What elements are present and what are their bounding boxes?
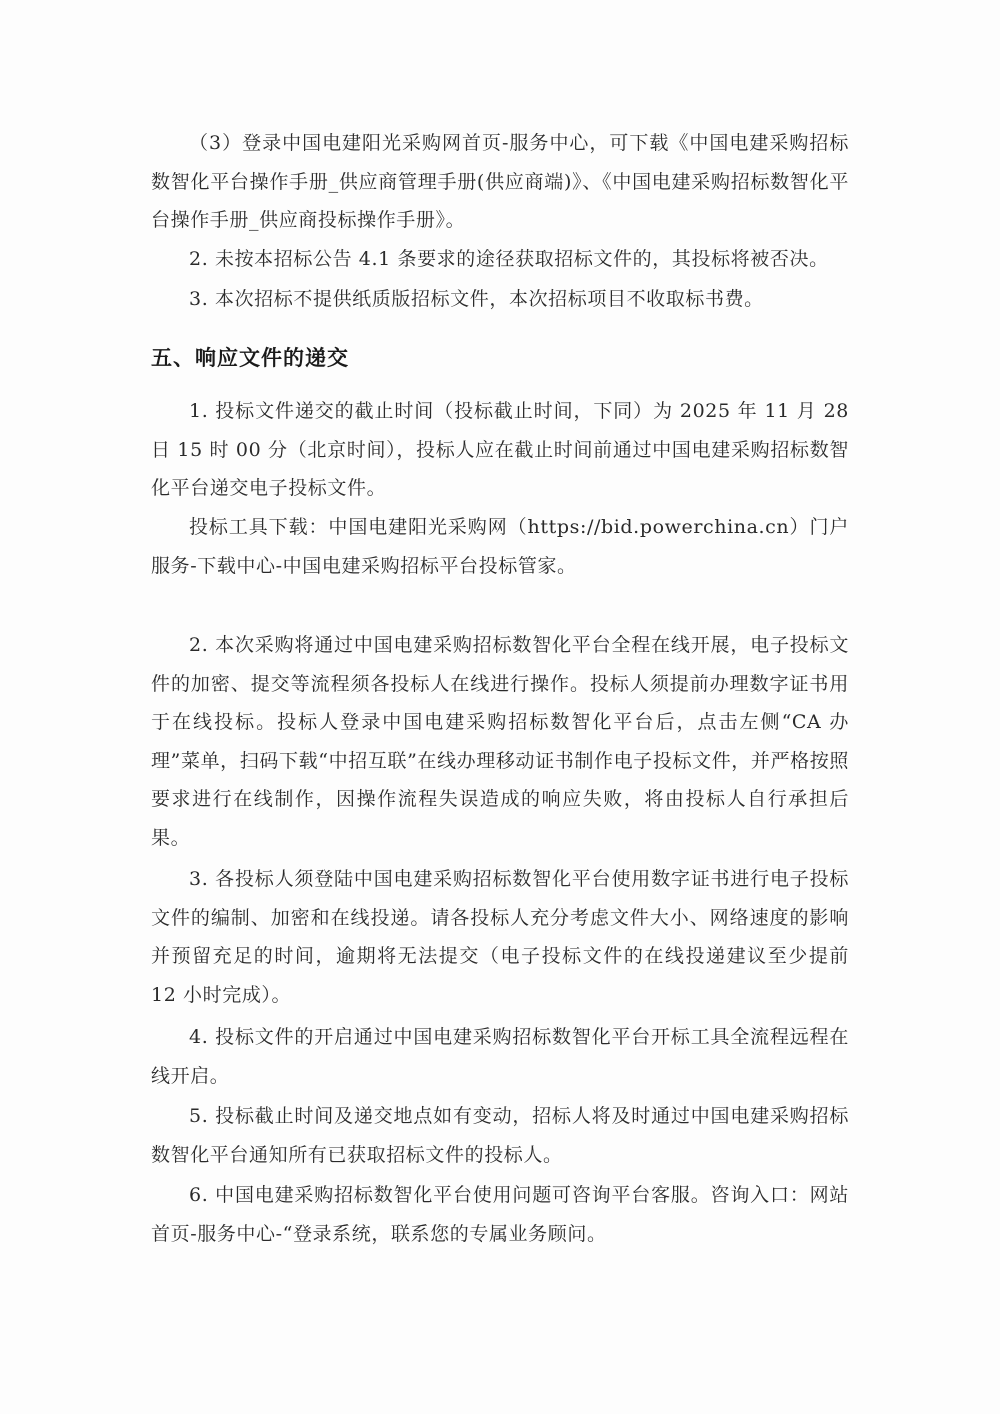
paragraph-support: 6. 中国电建采购招标数智化平台使用问题可咨询平台客服。咨询入口：网站首页-服务… [151,1176,849,1253]
paragraph-online-process: 2. 本次采购将通过中国电建采购招标数智化平台全程在线开展，电子投标文件的加密、… [151,626,849,857]
paragraph-tool-download: 投标工具下载：中国电建阳光采购网（https://bid.powerchina.… [151,508,849,585]
paragraph-opening: 4. 投标文件的开启通过中国电建采购招标数智化平台开标工具全流程远程在线开启。 [151,1018,849,1095]
paragraph-manual-download: （3）登录中国电建阳光采购网首页-服务中心，可下载《中国电建采购招标数智化平台操… [151,124,849,240]
paragraph-deadline: 1. 投标文件递交的截止时间（投标截止时间，下同）为 2025 年 11 月 2… [151,392,849,508]
paragraph-changes: 5. 投标截止时间及递交地点如有变动，招标人将及时通过中国电建采购招标数智化平台… [151,1097,849,1174]
paragraph-item-2: 2. 未按本招标公告 4.1 条要求的途径获取招标文件的，其投标将被否决。 [151,240,849,279]
paragraph-item-3: 3. 本次招标不提供纸质版招标文件，本次招标项目不收取标书费。 [151,280,849,319]
paragraph-digital-certificate: 3. 各投标人须登陆中国电建采购招标数智化平台使用数字证书进行电子投标文件的编制… [151,860,849,1014]
section-heading: 五、响应文件的递交 [151,342,349,372]
